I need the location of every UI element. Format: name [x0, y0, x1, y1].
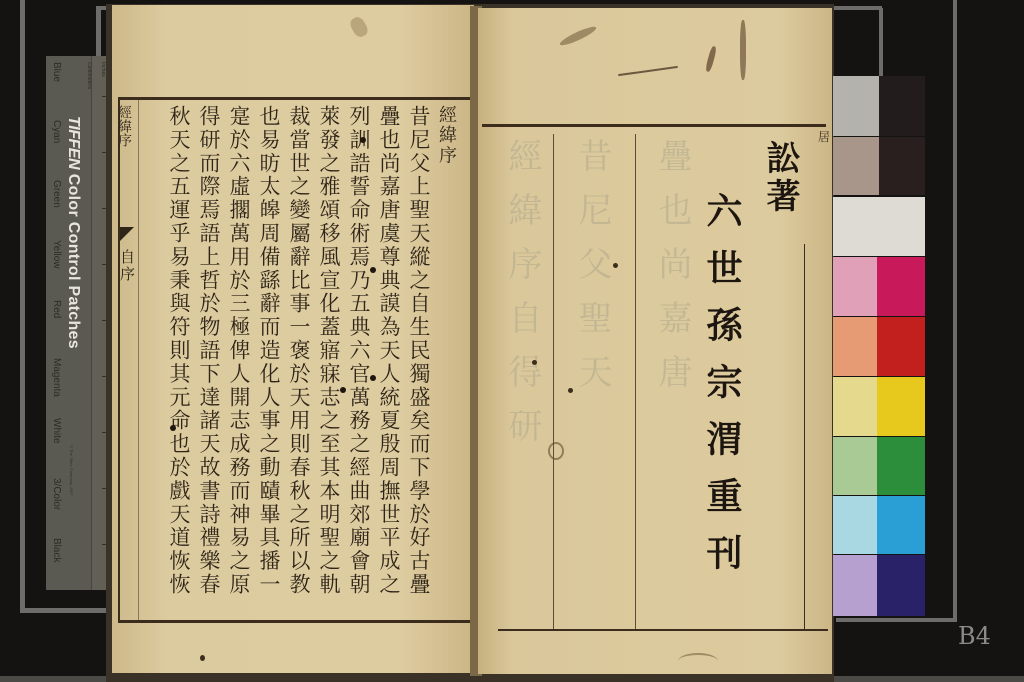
author-line: 訟著	[760, 140, 800, 216]
patch-cyan	[877, 496, 925, 554]
top-border-rule	[120, 97, 472, 100]
fish-tail-mark	[120, 227, 134, 241]
patch-black-1	[879, 76, 925, 136]
bottom-border-rule	[498, 629, 828, 631]
top-border-rule	[482, 124, 826, 127]
text-column-7: 寔於六虛擱萬用於三極俾人開志成務而神易之原	[224, 105, 254, 596]
mat-frame-top-right	[830, 6, 882, 10]
left-page: 經緯序 自序 經緯序 昔尼父上聖天縱之自生民獨盛矣而下學於好古疊 疊也尚嘉唐虞尊…	[112, 5, 474, 673]
patch-label-red: Red	[51, 300, 62, 318]
stain	[740, 20, 746, 80]
text-column-2: 疊也尚嘉唐虞尊典謨為天人統夏殷周撫世平成之	[374, 105, 404, 596]
bleed-through-text: 疊也尚嘉唐	[648, 138, 697, 408]
patch-label-yellow: Yellow	[51, 240, 62, 269]
stain	[678, 653, 718, 669]
patch-dark-blue	[877, 555, 925, 616]
patch-green	[877, 437, 925, 495]
text-column-1: 昔尼父上聖天縱之自生民獨盛矣而下學於好古疊	[404, 105, 434, 596]
worm-hole	[568, 388, 573, 393]
stain	[348, 15, 370, 39]
column-divider-2	[635, 134, 636, 629]
patch-yellow	[877, 377, 925, 436]
stain	[558, 24, 598, 48]
patch-label-black: Black	[51, 538, 62, 562]
text-column-5: 裁當世之變屬辭比事一褒於天用則春秋之所以教	[284, 105, 314, 596]
centimeters-label: Centimeters	[86, 62, 92, 89]
reprint-line: 六世孫宗渭重刊	[700, 192, 744, 591]
plate-label: B4	[958, 622, 991, 650]
punctuation-dot	[360, 137, 366, 143]
patch-label-white: White	[51, 418, 62, 444]
tiffen-copyright: © The Tiffen Company, 2007	[69, 445, 74, 496]
mat-frame-bottom-left	[20, 608, 110, 613]
patch-label-green: Green	[51, 180, 62, 208]
text-column-6: 也易昉太皞周備繇辭而造化人事之動賾畢具播一	[254, 105, 284, 596]
patch-pale-cyan	[833, 496, 877, 554]
bottom-border-rule	[118, 620, 472, 623]
text-column-3: 列訓誥誓命術焉乃五典六官萬務之經曲郊廟會朝	[344, 105, 374, 596]
column-divider-1	[553, 134, 554, 629]
mat-frame-inner-left	[96, 8, 101, 58]
margin-column-rule	[138, 100, 139, 620]
patch-pale-yellow	[833, 377, 877, 436]
mat-frame-left	[20, 0, 25, 612]
mat-frame-bottom-right	[836, 618, 957, 622]
punctuation-dot	[340, 387, 346, 393]
bleed-through-text: 昔尼父聖天	[568, 138, 617, 408]
side-label: 自序	[118, 249, 136, 283]
patch-gray-warm	[833, 137, 879, 195]
edge-annotation: 居	[818, 128, 828, 178]
punctuation-dot	[370, 375, 376, 381]
patch-black-2	[879, 137, 925, 195]
patch-pink	[833, 257, 877, 316]
stain	[618, 66, 678, 76]
mat-frame-inner-right	[879, 8, 883, 80]
patch-lavender	[833, 555, 877, 616]
worm-hole	[613, 263, 618, 268]
patch-pale-green	[833, 437, 877, 495]
text-column-9: 秋天之五運乎易秉與符則其元命也於戲天道恢恢	[164, 105, 194, 596]
text-column-4: 萊發之雅頌移風宣化蓋寤寐志之至其本明聖之軌	[314, 105, 344, 596]
mat-frame-right	[953, 0, 957, 622]
worm-hole	[532, 360, 537, 365]
right-border-rule	[804, 244, 805, 629]
patch-label-3color: 3/Color	[51, 478, 62, 510]
margin-label: 經緯序	[115, 105, 133, 147]
punctuation-dot	[370, 267, 376, 273]
right-page: 經緯序自得研 昔尼父聖天 疊也尚嘉唐 訟著 六世孫宗渭重刊 居	[478, 8, 832, 674]
patch-red	[877, 317, 925, 376]
patch-gray-light	[833, 76, 879, 136]
punctuation-dot	[170, 425, 176, 431]
patch-salmon	[833, 317, 877, 376]
patch-label-cyan: Cyan	[51, 120, 62, 143]
patch-magenta	[877, 257, 925, 316]
left-border-rule	[118, 97, 120, 623]
text-column-8: 得研而際焉語上哲於物語下達諸天故書詩禮樂春	[194, 105, 224, 596]
text-column-header: 經緯序	[434, 105, 458, 166]
tiffen-brand-title: TIFFEN Color Control Patches	[64, 116, 82, 349]
stain	[200, 655, 205, 661]
worm-hole	[548, 442, 564, 460]
bleed-through-text: 經緯序自得研	[498, 138, 547, 462]
patch-label-blue: Blue	[51, 62, 62, 82]
stain	[705, 46, 718, 73]
patch-white	[833, 197, 925, 256]
patch-label-magenta: Magenta	[51, 358, 62, 397]
